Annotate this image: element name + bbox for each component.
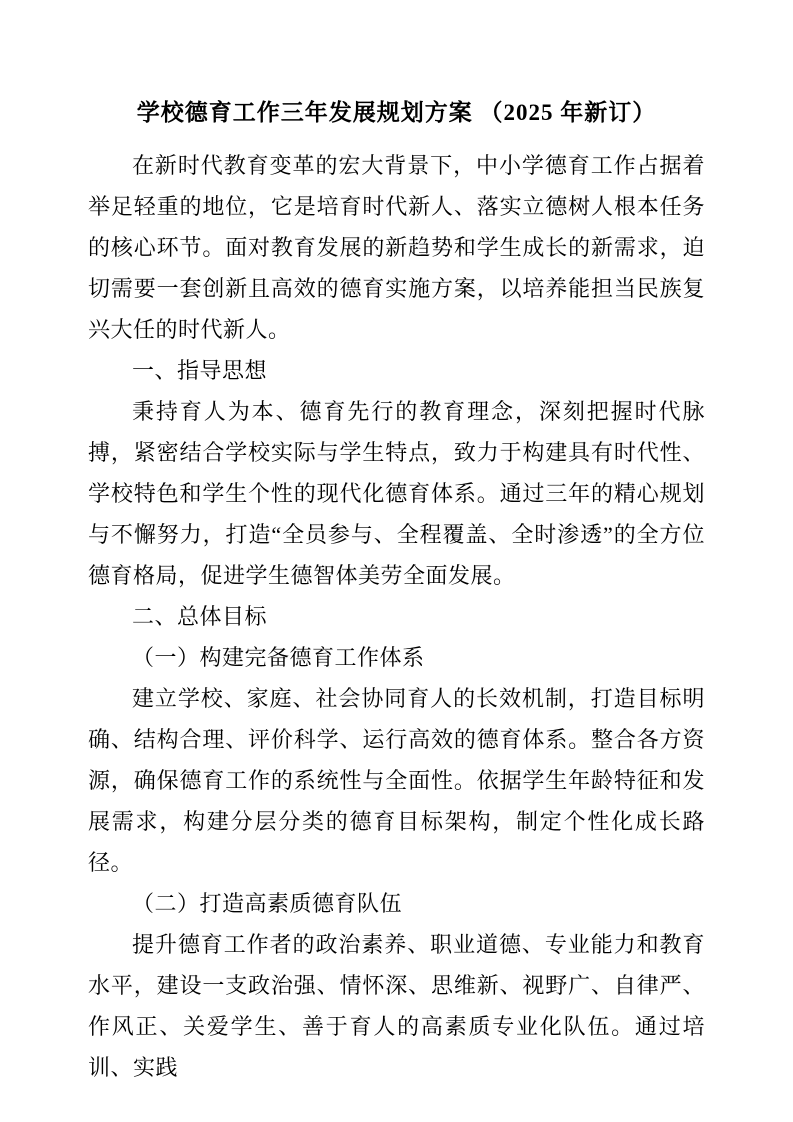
document-page: 学校德育工作三年发展规划方案 （2025 年新订） 在新时代教育变革的宏大背景下… bbox=[0, 0, 793, 1122]
subsection-heading-moral-education-team: （二）打造高素质德育队伍 bbox=[88, 883, 705, 924]
document-title: 学校德育工作三年发展规划方案 （2025 年新订） bbox=[88, 90, 705, 135]
section-heading-overall-goals: 二、总体目标 bbox=[88, 596, 705, 637]
paragraph-guiding-ideology: 秉持育人为本、德育先行的教育理念，深刻把握时代脉搏，紧密结合学校实际与学生特点，… bbox=[88, 391, 705, 596]
paragraph-moral-education-system: 建立学校、家庭、社会协同育人的长效机制，打造目标明确、结构合理、评价科学、运行高… bbox=[88, 678, 705, 883]
subsection-heading-moral-education-system: （一）构建完备德育工作体系 bbox=[88, 637, 705, 678]
paragraph-introduction: 在新时代教育变革的宏大背景下，中小学德育工作占据着举足轻重的地位，它是培育时代新… bbox=[88, 145, 705, 350]
section-heading-guiding-ideology: 一、指导思想 bbox=[88, 350, 705, 391]
paragraph-moral-education-team: 提升德育工作者的政治素养、职业道德、专业能力和教育水平，建设一支政治强、情怀深、… bbox=[88, 924, 705, 1088]
